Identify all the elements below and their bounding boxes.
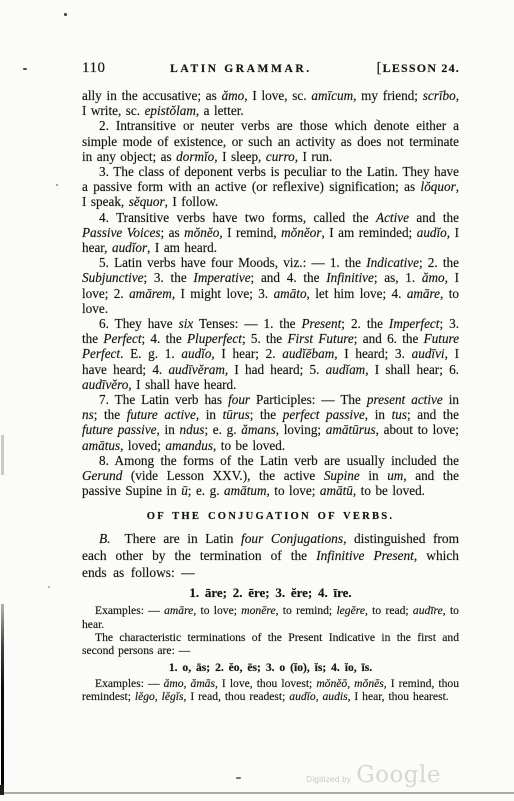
latin-term: audĭor: [112, 240, 147, 255]
latin-term: perfect passive: [283, 407, 365, 422]
text-run: , about to love;: [376, 422, 459, 437]
text-run: ; and the: [407, 407, 459, 422]
text-run: , let him love; 4.: [307, 286, 407, 301]
latin-term: lŏquor: [421, 179, 456, 194]
paragraph-characteristic-terminations: The characteristic terminations of the P…: [82, 631, 459, 658]
latin-term: B.: [99, 531, 111, 546]
text-run: ; as, 1.: [374, 270, 422, 285]
text-run: , to be loved.: [213, 438, 285, 453]
text-run: ,: [184, 677, 191, 690]
text-run: , I hear, thou hearest.: [348, 690, 449, 703]
latin-term: audĭo: [289, 690, 315, 703]
text-run: and the: [409, 210, 459, 225]
latin-term: amātū: [320, 483, 353, 498]
latin-term: four: [228, 392, 250, 407]
text-run: , I read, thou readest;: [184, 690, 290, 703]
latin-term: mŏnĕor: [281, 225, 321, 240]
text-run: , I shall hear; 6.: [365, 362, 459, 377]
text-run: ; and 4. the: [251, 270, 327, 285]
latin-term: amāre: [407, 286, 440, 301]
text-run: , my friend;: [353, 88, 423, 103]
text-run: 4. Transitive verbs have two forms, call…: [99, 210, 376, 225]
text-run: OF THE CONJUGATION OF VERBS.: [147, 511, 394, 522]
text-run: , I love, sc.: [244, 88, 311, 103]
latin-term: um: [387, 468, 403, 483]
text-run: , loving;: [276, 422, 326, 437]
latin-term: tus: [392, 407, 407, 422]
latin-term: audĭo: [181, 346, 211, 361]
scan-line-left-dark: [1, 604, 4, 792]
latin-term: future active: [127, 407, 196, 422]
latin-term: ū: [181, 483, 188, 498]
text-run: ; 3. the: [144, 270, 194, 285]
text-run: 1. o, ās; 2. ĕo, ēs; 3. o (ĭo), ĭs; 4. ĭ…: [169, 661, 372, 674]
text-run: 6. They have: [99, 316, 179, 331]
text-run: (vide Lesson XXV.), the active: [122, 468, 324, 483]
text-run: ; the: [94, 407, 127, 422]
latin-term: epistŏlam: [145, 103, 196, 118]
conjugation-endings-line: 1. āre; 2. ēre; 3. ĕre; 4. īre.: [82, 585, 459, 601]
latin-term: Indicative: [366, 255, 419, 270]
paragraph-b-conjugations: B. There are in Latin four Conjugations,…: [82, 531, 459, 581]
text-run: , I am heard.: [147, 240, 217, 255]
text-run: ; as: [160, 225, 184, 240]
latin-term: ămans: [241, 422, 275, 437]
latin-term: audīre: [413, 604, 443, 617]
text-run: , to love;: [267, 483, 320, 498]
text-run: ; 4. the: [141, 331, 187, 346]
text-run: , I shall have heard.: [128, 377, 236, 392]
paragraph-7-participles: 7. The Latin verb has four Participles: …: [82, 392, 459, 453]
text-run: , I run.: [295, 149, 333, 164]
latin-term: mŏnēs: [354, 677, 384, 690]
latin-term: ămās: [191, 677, 215, 690]
latin-term: amīcum: [311, 88, 353, 103]
latin-term: audīvĕro: [82, 377, 128, 392]
latin-term: audĭo: [417, 225, 447, 240]
paragraph-8-gerund-supine: 8. Among the forms of the Latin verb are…: [82, 453, 459, 499]
text-run: Tenses: — 1. the: [193, 316, 301, 331]
latin-term: amātus: [82, 438, 120, 453]
paragraph-4-transitive: 4. Transitive verbs have two forms, call…: [82, 210, 459, 256]
latin-term: ndus: [180, 422, 205, 437]
latin-term: audīvĕram: [168, 362, 224, 377]
text-run: ally in the accusative; as: [82, 88, 222, 103]
text-run: , I am reminded;: [321, 225, 416, 240]
digitized-watermark: Digitized by Google: [306, 762, 441, 788]
text-run: , I remind,: [219, 225, 281, 240]
text-run: 7. The Latin verb has: [99, 392, 228, 407]
text-run: ; 2. the: [419, 255, 459, 270]
latin-term: Pluperfect: [187, 331, 242, 346]
latin-term: amārem: [129, 286, 172, 301]
latin-term: audĭam: [326, 362, 366, 377]
latin-term: Perfect: [103, 331, 141, 346]
latin-term: Infinitive: [326, 270, 374, 285]
text-run: in: [360, 468, 387, 483]
latin-term: Supine: [324, 468, 360, 483]
latin-term: curro: [266, 149, 295, 164]
scan-line-left-light: [1, 435, 4, 475]
text-run: , in: [365, 407, 392, 422]
text-run: , in: [196, 407, 223, 422]
page-body: ally in the accusative; as ămo, I love, …: [82, 88, 459, 704]
latin-term: future passive: [82, 422, 157, 437]
latin-term: Present: [302, 316, 342, 331]
text-run: in: [443, 392, 459, 407]
latin-term: dormĭo: [176, 149, 214, 164]
scan-speck: [64, 13, 67, 16]
text-run: , to be loved.: [353, 483, 425, 498]
lesson-label: LESSON 24.: [383, 61, 460, 75]
latin-term: legĕre: [336, 604, 365, 617]
page-number: 110: [82, 60, 105, 77]
latin-term: tūrus: [223, 407, 250, 422]
text-run: 8. Among the forms of the Latin verb are…: [99, 453, 459, 468]
paragraph-examples-persons: Examples: — ămo, ămās, I love, thou love…: [82, 677, 459, 704]
latin-term: present active: [367, 392, 443, 407]
latin-term: monēre: [241, 604, 275, 617]
scan-speck: [56, 184, 58, 186]
paragraph-2-intransitive: 2. Intransitive or neuter verbs are thos…: [82, 118, 459, 164]
latin-term: lĕgĭs: [162, 690, 184, 703]
latin-term: ns: [82, 407, 94, 422]
text-run: , a letter.: [196, 103, 244, 118]
scan-line-bottom: [0, 792, 514, 794]
book-page: 110 LATIN GRAMMAR. [LESSON 24. ally in t…: [0, 0, 514, 801]
text-run: , I follow.: [165, 194, 219, 209]
paragraph-6-tenses: 6. They have six Tenses: — 1. the Presen…: [82, 316, 459, 392]
text-run: . E. g. 1.: [120, 346, 181, 361]
latin-term: amātūrus: [326, 422, 376, 437]
latin-term: First Future: [287, 331, 353, 346]
latin-term: mŏnĕō: [316, 677, 347, 690]
text-run: ; e. g.: [188, 483, 224, 498]
page-header: 110 LATIN GRAMMAR. [LESSON 24.: [82, 60, 460, 77]
paragraph-5-moods: 5. Latin verbs have four Moods, viz.: — …: [82, 255, 459, 316]
text-run: ; the: [250, 407, 283, 422]
latin-term: ămo: [222, 88, 245, 103]
terminations-line: 1. o, ās; 2. ĕo, ēs; 3. o (ĭo), ĭs; 4. ĭ…: [82, 661, 459, 674]
latin-term: ămo: [422, 270, 445, 285]
text-run: , to read;: [365, 604, 413, 617]
latin-term: amāre: [164, 604, 193, 617]
text-run: , I had heard; 5.: [225, 362, 326, 377]
latin-term: four Conjugations: [241, 531, 343, 546]
text-run: 3. The class of deponent verbs is peculi…: [82, 164, 459, 194]
text-run: , to remind;: [276, 604, 337, 617]
text-run: ; and 6. the: [354, 331, 424, 346]
text-run: , to love;: [193, 604, 241, 617]
text-run: , I heard; 3.: [334, 346, 411, 361]
text-run: ; 2. the: [341, 316, 389, 331]
text-run: , I sleep,: [214, 149, 266, 164]
latin-term: Active: [376, 210, 409, 225]
latin-term: Passive Voices: [82, 225, 160, 240]
paragraph-1-continuation: ally in the accusative; as ămo, I love, …: [82, 88, 459, 118]
google-logo: Google: [356, 762, 441, 788]
scan-corner-mark: [0, 785, 4, 795]
latin-term: audis: [323, 690, 348, 703]
paragraph-examples-infinitives: Examples: — amāre, to love; monēre, to r…: [82, 604, 459, 631]
digitized-by-text: Digitized by: [306, 775, 351, 784]
text-run: , I might love; 3.: [172, 286, 274, 301]
latin-term: mŏnĕo: [184, 225, 219, 240]
paragraph-3-deponent: 3. The class of deponent verbs is peculi…: [82, 164, 459, 210]
latin-term: amātum: [224, 483, 267, 498]
text-run: ,: [316, 690, 323, 703]
running-title: LATIN GRAMMAR.: [170, 63, 312, 75]
latin-term: amāto: [274, 286, 307, 301]
latin-term: ămo: [164, 677, 184, 690]
section-heading-conjugation: OF THE CONJUGATION OF VERBS.: [82, 511, 459, 522]
latin-term: six: [179, 316, 194, 331]
latin-term: amandus: [165, 438, 213, 453]
text-run: , in: [157, 422, 180, 437]
text-run: , I love, thou lovest;: [215, 677, 316, 690]
latin-term: Gerund: [82, 468, 122, 483]
scan-speck: [48, 586, 50, 588]
text-run: Participles: — The: [250, 392, 367, 407]
text-run: , loved;: [120, 438, 165, 453]
text-run: The characteristic terminations of the P…: [82, 631, 459, 657]
text-run: ; 5. the: [242, 331, 288, 346]
lesson-header: [LESSON 24.: [376, 60, 460, 77]
text-run: Examples: —: [95, 604, 164, 617]
scan-speck: [23, 68, 27, 70]
text-run: , I hear; 2.: [211, 346, 282, 361]
latin-term: Imperative: [193, 270, 250, 285]
text-run: ; e. g.: [204, 422, 241, 437]
latin-term: Infinitive Present: [316, 548, 414, 563]
latin-term: audĭēbam: [282, 346, 334, 361]
scan-speck: [236, 777, 241, 779]
latin-term: Imperfect: [389, 316, 440, 331]
latin-term: sĕquor: [129, 194, 165, 209]
latin-term: Subjunctive: [82, 270, 144, 285]
scan-speck: [376, 119, 378, 121]
text-run: Examples: —: [95, 677, 164, 690]
text-run: There are in Latin: [111, 531, 241, 546]
latin-term: audīvi: [412, 346, 445, 361]
text-run: 5. Latin verbs have four Moods, viz.: — …: [99, 255, 366, 270]
latin-term: lĕgo: [135, 690, 155, 703]
latin-term: scrībo: [423, 88, 456, 103]
text-run: ,: [155, 690, 162, 703]
text-run: 1. āre; 2. ēre; 3. ĕre; 4. īre.: [189, 585, 351, 600]
